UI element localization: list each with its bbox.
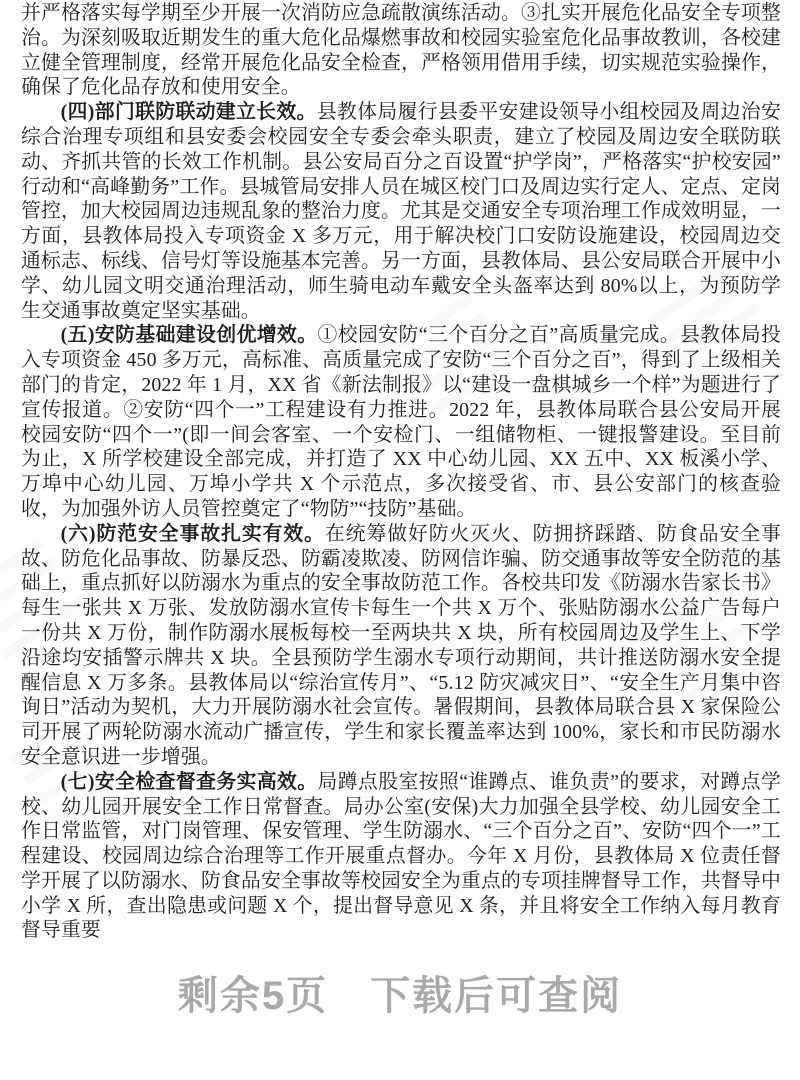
paragraph-text: 县教体局履行县委平安建设领导小组校园及周边治安综合治理专项组和县安委会校园安全专…	[21, 101, 781, 321]
pages-remaining-banner: 剩余5页下载后可查阅	[0, 972, 800, 1020]
paragraph-text: 在统筹做好防火灭火、防拥挤踩踏、防食品安全事故、防危化品事故、防暴反恐、防霸凌欺…	[21, 523, 781, 768]
paragraph-heading: (七)安全检查督查务实高效。	[61, 771, 318, 793]
paragraph-section-7: (七)安全检查督查务实高效。局蹲点股室按照“谁蹲点、谁负责”的要求，对蹲点学校、…	[21, 770, 781, 944]
paragraph-text: ①校园安防“三个百分之百”高质量完成。县教体局投入专项资金 450 多万元，高标…	[21, 324, 781, 520]
paragraph-section-6: (六)防范安全事故扎实有效。在统筹做好防火灭火、防拥挤踩踏、防食品安全事故、防危…	[21, 522, 781, 770]
pages-remaining-label: 剩余5页	[178, 974, 328, 1018]
paragraph-heading: (六)防范安全事故扎实有效。	[61, 523, 325, 545]
paragraph-text: 局蹲点股室按照“谁蹲点、谁负责”的要求，对蹲点学校、幼儿园开展安全工作日常督查。…	[21, 771, 781, 942]
document-page: 并严格落实每学期至少开展一次消防应急疏散演练活动。③扎实开展危化品安全专项整治。…	[0, 0, 800, 1080]
document-text-block: 并严格落实每学期至少开展一次消防应急疏散演练活动。③扎实开展危化品安全专项整治。…	[21, 1, 781, 943]
paragraph-heading: (五)安防基础建设创优增效。	[61, 324, 318, 346]
paragraph-continuation: 并严格落实每学期至少开展一次消防应急疏散演练活动。③扎实开展危化品安全专项整治。…	[21, 1, 781, 100]
paragraph-heading: (四)部门联防联动建立长效。	[61, 101, 317, 123]
download-hint-label: 下载后可查阅	[370, 974, 622, 1018]
paragraph-section-4: (四)部门联防联动建立长效。县教体局履行县委平安建设领导小组校园及周边治安综合治…	[21, 100, 781, 323]
paragraph-section-5: (五)安防基础建设创优增效。①校园安防“三个百分之百”高质量完成。县教体局投入专…	[21, 323, 781, 521]
paragraph-text: 并严格落实每学期至少开展一次消防应急疏散演练活动。③扎实开展危化品安全专项整治。…	[21, 2, 781, 98]
